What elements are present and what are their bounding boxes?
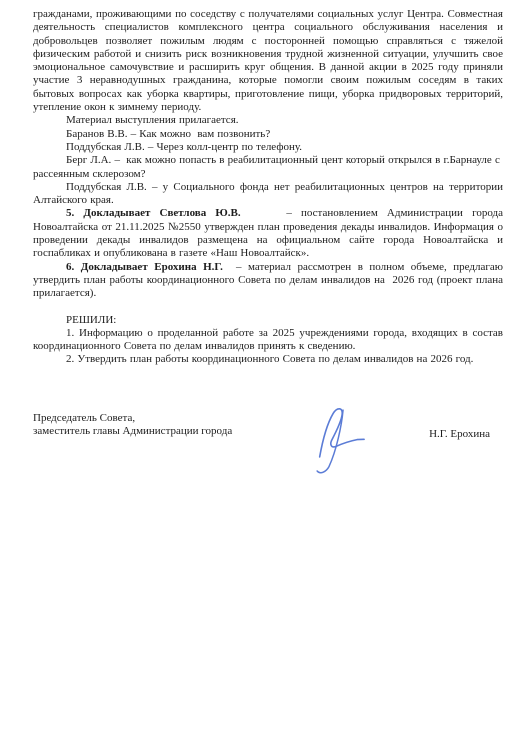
signer-role: Председатель Совета, заместитель главы А…: [33, 412, 490, 439]
document-text: гражданами, проживающими по соседству с …: [33, 8, 503, 367]
signer-role-line-1: Председатель Совета,: [33, 412, 490, 425]
paragraph-continuation: гражданами, проживающими по соседству с …: [33, 8, 503, 114]
signature-stroke-main: [318, 408, 365, 457]
agenda-item-6: 6. Докладывает Ерохина Н.Г. – материал р…: [33, 261, 503, 301]
signer-name: Н.Г. Ерохина: [429, 428, 490, 441]
handwritten-signature: [296, 388, 394, 486]
agenda-item-5-speaker: 5. Докладывает Светлова Ю.В.: [66, 207, 241, 219]
agenda-item-6-speaker: 6. Докладывает Ерохина Н.Г.: [66, 261, 223, 273]
decided-heading: РЕШИЛИ:: [33, 314, 503, 327]
blank-line: [33, 301, 503, 314]
qa-line-poddubskaya-1: Поддубская Л.В. – Через колл-центр по те…: [33, 141, 503, 154]
qa-line-berg: Берг Л.А. – как можно попасть в реабилит…: [33, 154, 503, 181]
paragraph-material: Материал выступления прилагается.: [33, 114, 503, 127]
qa-line-poddubskaya-2: Поддубская Л.В. – у Социального фонда не…: [33, 181, 503, 208]
signer-role-line-2: заместитель главы Администрации города: [33, 425, 490, 438]
decision-2: 2. Утвердить план работы координационног…: [33, 353, 503, 366]
signature-block: Председатель Совета, заместитель главы А…: [33, 412, 490, 439]
document-page: гражданами, проживающими по соседству с …: [0, 0, 509, 747]
qa-line-baranov: Баранов В.В. – Как можно вам позвонить?: [33, 128, 503, 141]
agenda-item-5: 5. Докладывает Светлова Ю.В. – постановл…: [33, 207, 503, 260]
decision-1: 1. Информацию о проделанной работе за 20…: [33, 327, 503, 354]
